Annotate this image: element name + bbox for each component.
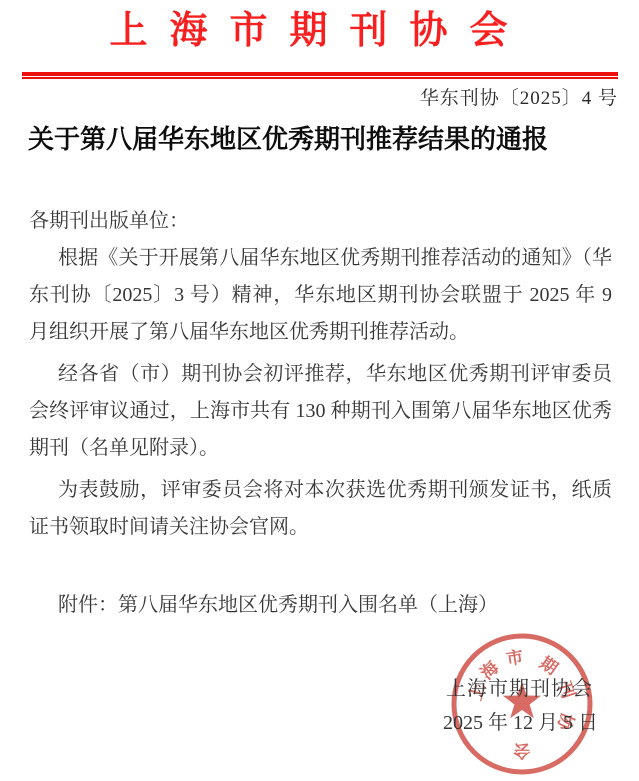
document-title: 关于第八届华东地区优秀期刊推荐结果的通报 — [28, 122, 619, 158]
seal-char: 会 — [514, 741, 531, 761]
signature-block: 上海市期刊协会 2025 年 12 月 5 日 — [0, 672, 639, 740]
signature-org: 上海市期刊协会 — [0, 672, 639, 706]
document-page: 上海市期刊协会 华东刊协〔2025〕4 号 关于第八届华东地区优秀期刊推荐结果的… — [0, 0, 639, 781]
document-body: 各期刊出版单位： 根据《关于开展第八届华东地区优秀期刊推荐活动的通知》（华东刊协… — [29, 203, 612, 624]
body-paragraph-2: 经各省（市）期刊协会初评推荐，华东地区优秀期刊评审委员会终评审议通过，上海市共有… — [29, 356, 612, 467]
header-divider-rule — [22, 72, 618, 79]
signature-date: 2025 年 12 月 5 日 — [0, 706, 639, 740]
salutation-line: 各期刊出版单位： — [29, 203, 612, 240]
body-paragraph-3: 为表鼓励，评审委员会将对本次获选优秀期刊颁发证书，纸质证书领取时间请关注协会官网… — [29, 472, 612, 546]
body-paragraph-1: 根据《关于开展第八届华东地区优秀期刊推荐活动的通知》（华东刊协〔2025〕3 号… — [29, 240, 612, 351]
doc-reference-number: 华东刊协〔2025〕4 号 — [0, 88, 639, 110]
attachment-line: 附件：第八届华东地区优秀期刊入围名单（上海） — [29, 587, 612, 624]
seal-char: 市 — [505, 646, 525, 668]
document-header-org: 上海市期刊协会 — [0, 0, 639, 51]
